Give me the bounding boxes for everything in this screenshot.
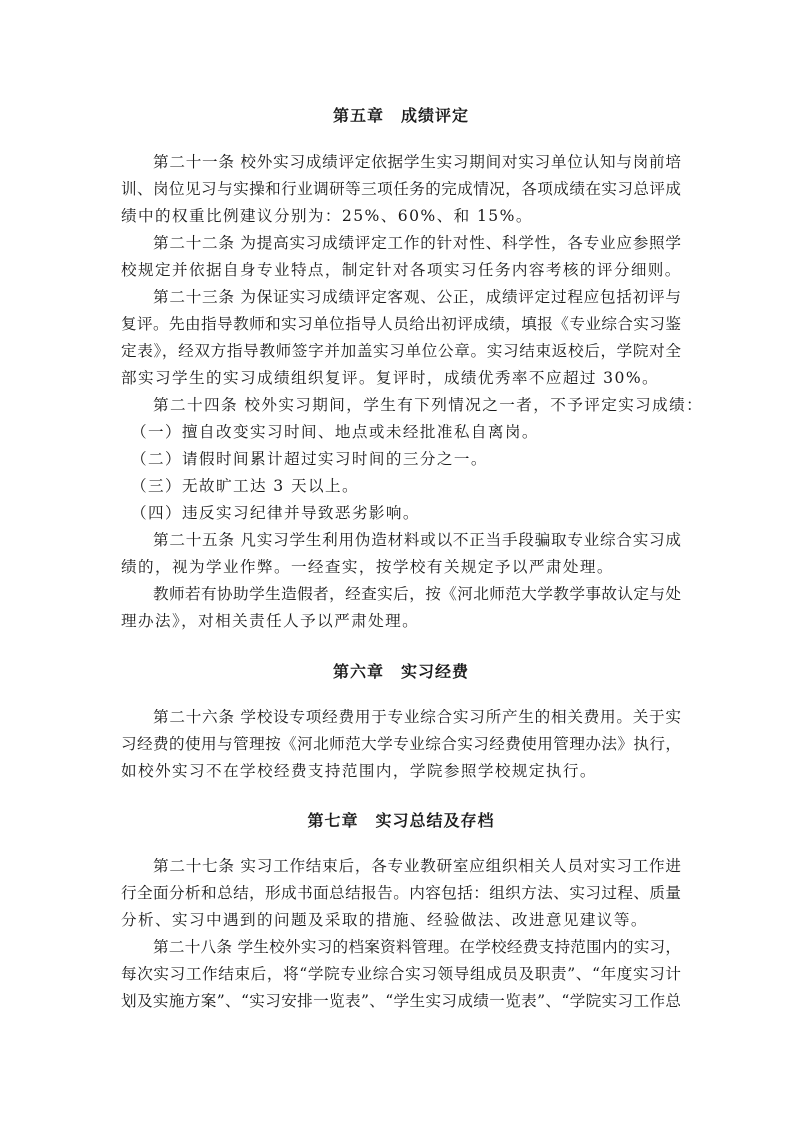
list-item: （二）请假时间累计超过实习时间的三分之一。 xyxy=(131,449,681,469)
list-item: （一）擅自改变实习时间、地点或未经批准私自离岗。 xyxy=(131,422,681,442)
paragraph-line: 理办法》，对相关责任人予以严肃处理。 xyxy=(121,611,681,631)
paragraph-line: 定表》，经双方指导教师签字并加盖实习单位公章。实习结束返校后，学院对全 xyxy=(121,341,681,361)
paragraph-line: 第二十三条 为保证实习成绩评定客观、公正，成绩评定过程应包括初评与 xyxy=(153,287,681,307)
paragraph-line: 部实习学生的实习成绩组织复评。复评时，成绩优秀率不应超过 30%。 xyxy=(121,368,681,388)
paragraph-line: 第二十八条 学生校外实习的档案资料管理。在学校经费支持范围内的实习， xyxy=(153,937,681,957)
paragraph-line: 绩中的权重比例建议分别为：25%、60%、和 15%。 xyxy=(121,206,681,226)
paragraph-line: 如校外实习不在学校经费支持范围内，学院参照学校规定执行。 xyxy=(121,761,681,781)
list-item: （三）无故旷工达 3 天以上。 xyxy=(131,476,681,496)
paragraph-line: 第二十五条 凡实习学生利用伪造材料或以不正当手段骗取专业综合实习成 xyxy=(153,530,681,550)
paragraph-line: 每次实习工作结束后，将“学院专业综合实习领导组成员及职责”、“年度实习计 xyxy=(121,964,681,984)
paragraph-line: 训、岗位见习与实操和行业调研等三项任务的完成情况，各项成绩在实习总评成 xyxy=(121,179,681,199)
paragraph-line: 复评。先由指导教师和实习单位指导人员给出初评成绩，填报《专业综合实习鉴 xyxy=(121,314,681,334)
paragraph-line: 第二十六条 学校设专项经费用于专业综合实习所产生的相关费用。关于实 xyxy=(153,707,681,727)
paragraph-line: 习经费的使用与管理按《河北师范大学专业综合实习经费使用管理办法》执行， xyxy=(121,734,681,754)
paragraph-line: 绩的，视为学业作弊。一经查实，按学校有关规定予以严肃处理。 xyxy=(121,557,681,577)
paragraph-line: 划及实施方案”、“实习安排一览表”、“学生实习成绩一览表”、“学院实习工作总 xyxy=(121,991,681,1011)
paragraph-line: 第二十一条 校外实习成绩评定依据学生实习期间对实习单位认知与岗前培 xyxy=(153,152,681,172)
paragraph-line: 第二十四条 校外实习期间，学生有下列情况之一者，不予评定实习成绩： xyxy=(153,395,681,415)
paragraph-line: 行全面分析和总结，形成书面总结报告。内容包括：组织方法、实习过程、质量 xyxy=(121,883,681,903)
paragraph-line: 第二十二条 为提高实习成绩评定工作的针对性、科学性，各专业应参照学 xyxy=(153,233,681,253)
paragraph-line: 第二十七条 实习工作结束后，各专业教研室应组织相关人员对实习工作进 xyxy=(153,856,681,876)
paragraph-line: 教师若有协助学生造假者，经查实后，按《河北师范大学教学事故认定与处 xyxy=(153,584,681,604)
list-item: （四）违反实习纪律并导致恶劣影响。 xyxy=(131,503,681,523)
paragraph-line: 分析、实习中遇到的问题及采取的措施、经验做法、改进意见建议等。 xyxy=(121,910,681,930)
chapter-5-heading: 第五章 成绩评定 xyxy=(121,103,681,126)
paragraph-line: 校规定并依据自身专业特点，制定针对各项实习任务内容考核的评分细则。 xyxy=(121,260,681,280)
chapter-7-heading: 第七章 实习总结及存档 xyxy=(121,808,681,831)
chapter-6-heading: 第六章 实习经费 xyxy=(121,659,681,682)
